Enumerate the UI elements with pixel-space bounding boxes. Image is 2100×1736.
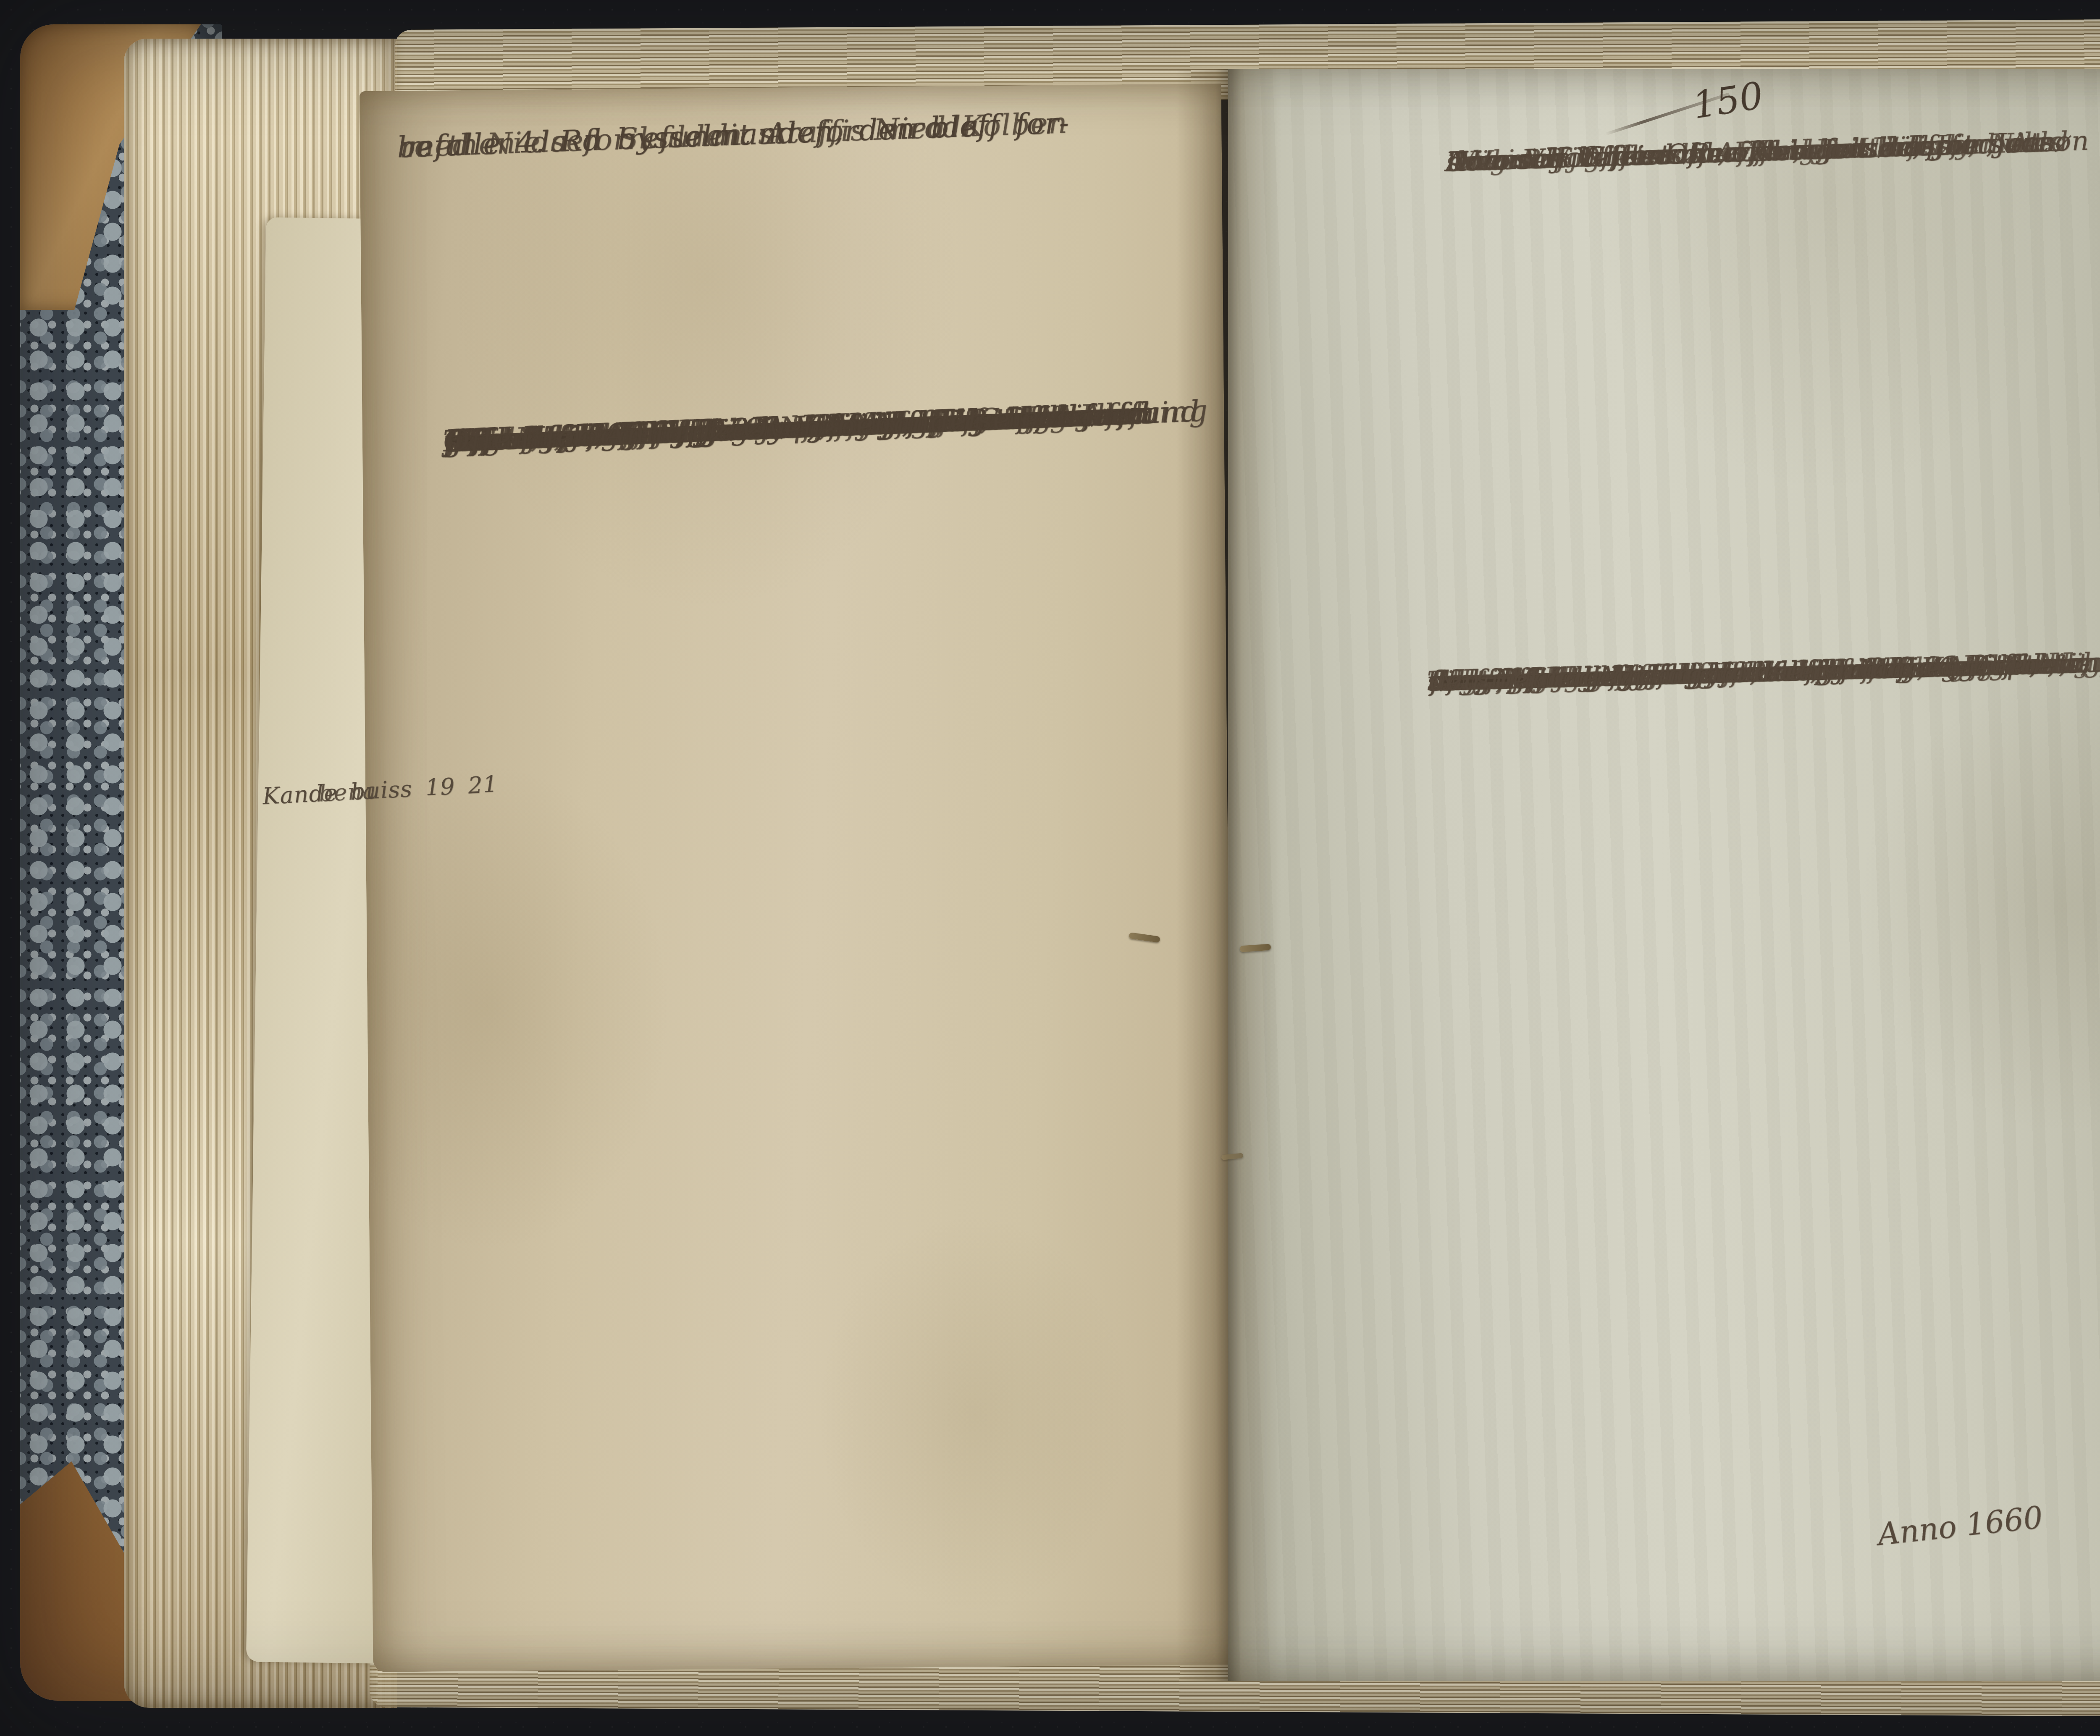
open-manuscript-book-photo: befalle 4. Rd bysselmanden, den bleff fo…: [0, 0, 2100, 1736]
left-page: [360, 84, 1235, 1672]
right-page: [1228, 69, 2100, 1681]
manuscript-line: bena: [318, 765, 378, 819]
gutter-shadow: [1176, 69, 1281, 1681]
